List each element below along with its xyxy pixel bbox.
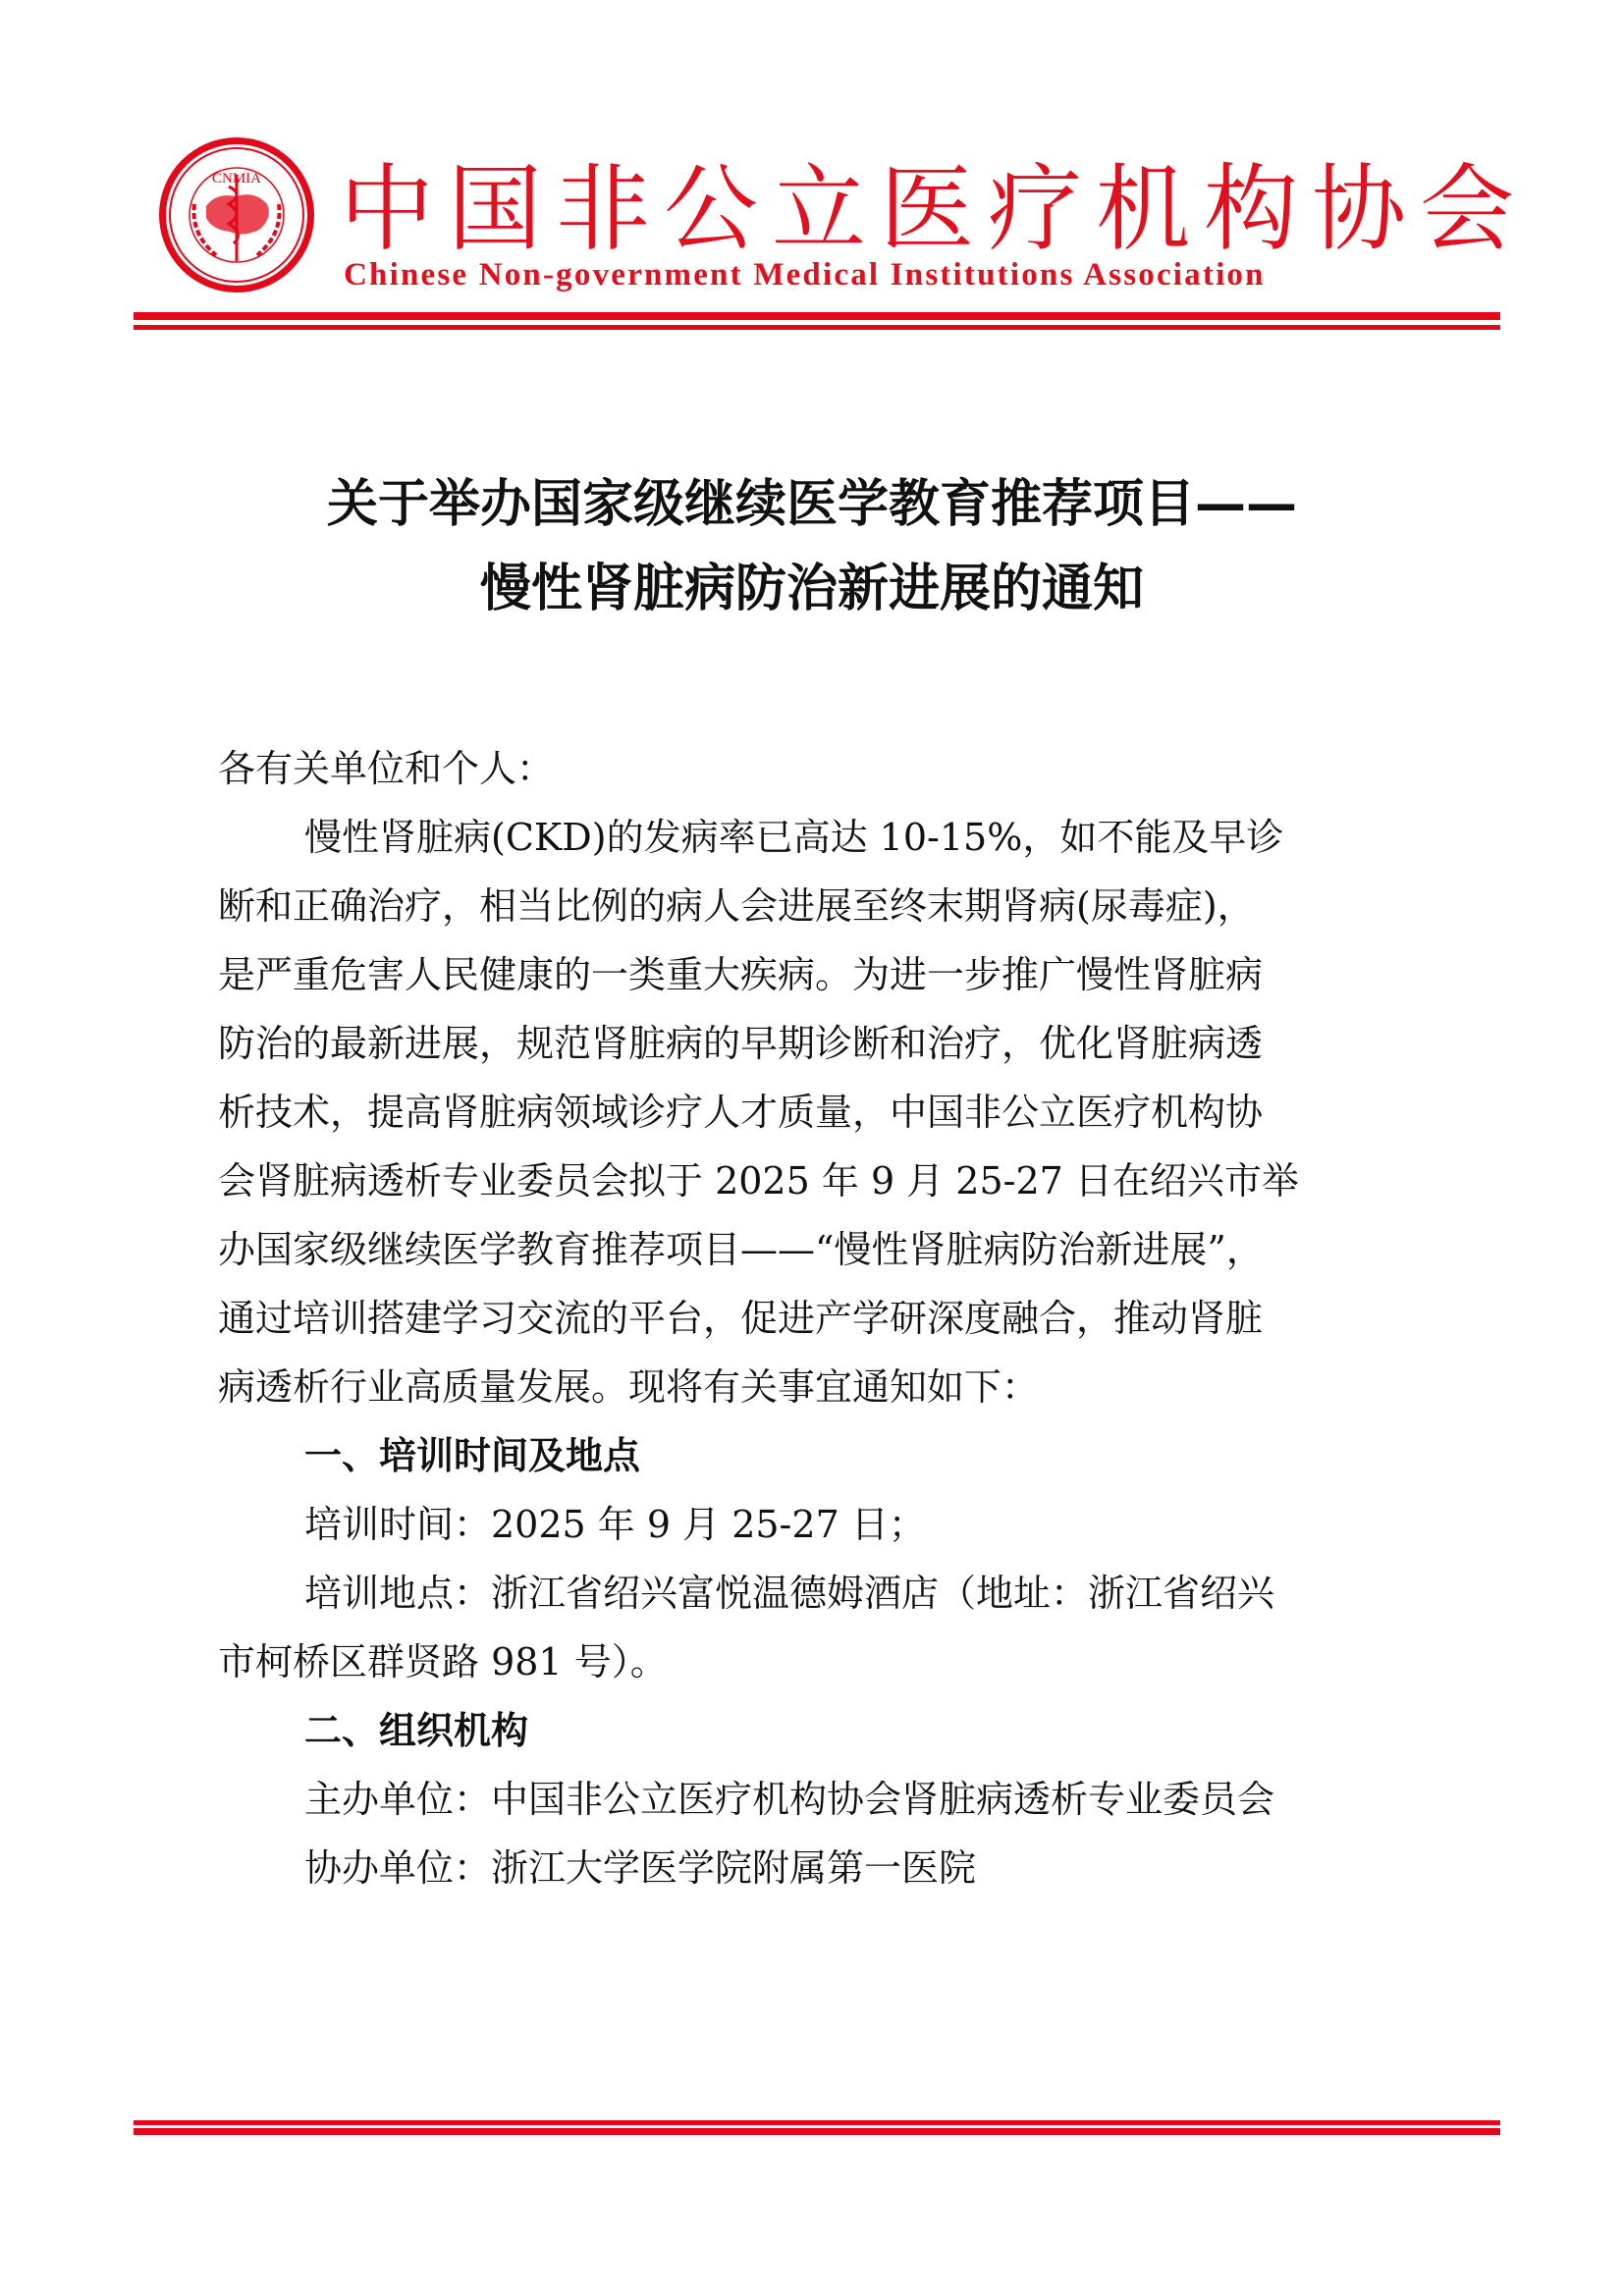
training-time: 培训时间：2025 年 9 月 25-27 日； (218, 1490, 1428, 1559)
letterhead: CNMIA 中国非公立医疗机构协会 Chinese Non-government… (157, 135, 1512, 312)
section-heading-time-place: 一、培训时间及地点 (218, 1421, 1428, 1490)
header-rule-thin (134, 325, 1500, 330)
association-seal-logo-icon: CNMIA (157, 135, 316, 294)
org-name-chinese: 中国非公立医疗机构协会 (340, 155, 1528, 263)
document-title-line-2: 慢性肾脏病防治新进展的通知 (0, 560, 1624, 618)
section-heading-organization: 二、组织机构 (218, 1696, 1428, 1765)
intro-line: 病透析行业高质量发展。现将有关事宜通知如下： (218, 1353, 1428, 1421)
intro-line: 析技术，提高肾脏病领域诊疗人才质量，中国非公立医疗机构协 (218, 1078, 1428, 1147)
intro-line: 是严重危害人民健康的一类重大疾病。为进一步推广慢性肾脏病 (218, 940, 1428, 1009)
training-place-line-2: 市柯桥区群贤路 981 号）。 (218, 1628, 1428, 1696)
document-title-line-1: 关于举办国家级继续医学教育推荐项目—— (0, 475, 1624, 534)
salutation: 各有关单位和个人： (218, 734, 1428, 803)
intro-line: 慢性肾脏病(CKD)的发病率已高达 10-15%，如不能及早诊 (218, 803, 1428, 872)
intro-line: 防治的最新进展，规范肾脏病的早期诊断和治疗，优化肾脏病透 (218, 1009, 1428, 1078)
org-name-english: Chinese Non-government Medical Instituti… (344, 255, 1266, 294)
training-place-line-1: 培训地点：浙江省绍兴富悦温德姆酒店（地址：浙江省绍兴 (218, 1559, 1428, 1628)
host-organization: 主办单位：中国非公立医疗机构协会肾脏病透析专业委员会 (218, 1765, 1428, 1834)
intro-line: 办国家级继续医学教育推荐项目——“慢性肾脏病防治新进展”， (218, 1215, 1428, 1284)
co-host-organization: 协办单位：浙江大学医学院附属第一医院 (218, 1834, 1428, 1902)
document-body: 各有关单位和个人： 慢性肾脏病(CKD)的发病率已高达 10-15%，如不能及早… (218, 734, 1428, 1902)
footer-rule-thick (134, 2128, 1500, 2135)
header-rule-thick (134, 312, 1500, 320)
intro-line: 断和正确治疗，相当比例的病人会进展至终末期肾病(尿毒症)， (218, 872, 1428, 940)
intro-line: 通过培训搭建学习交流的平台，促进产学研深度融合，推动肾脏 (218, 1284, 1428, 1353)
svg-text:CNMIA: CNMIA (212, 171, 261, 187)
intro-line: 会肾脏病透析专业委员会拟于 2025 年 9 月 25-27 日在绍兴市举 (218, 1147, 1428, 1215)
footer-rule-thin (134, 2120, 1500, 2125)
